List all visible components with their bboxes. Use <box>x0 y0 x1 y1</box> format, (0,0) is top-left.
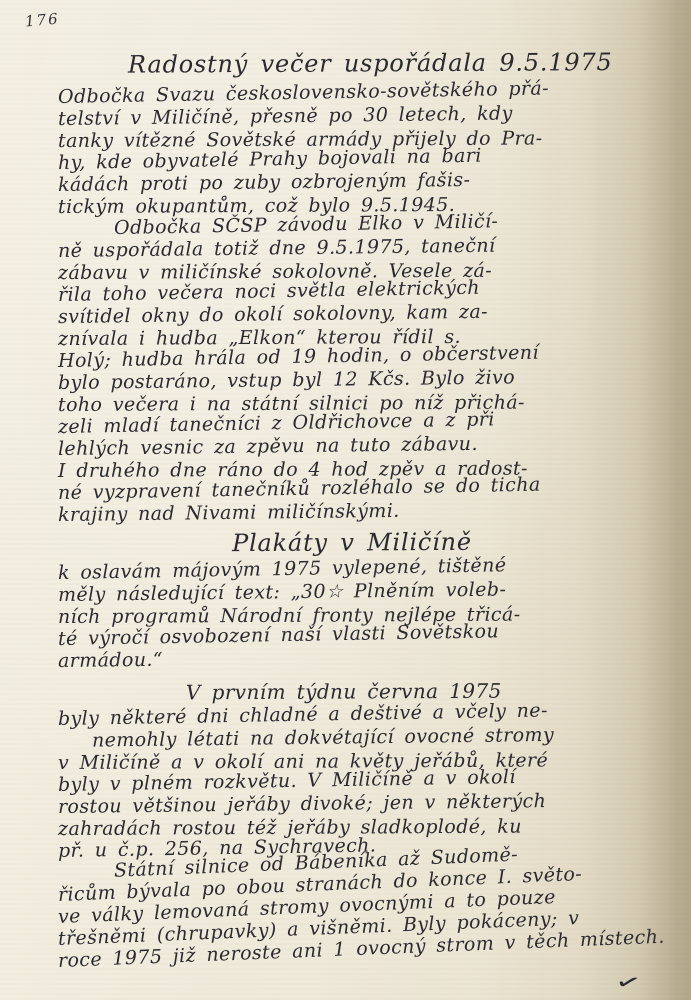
page-edge-shadow <box>639 0 691 1000</box>
handwriting-content: Radostný večer uspořádala 9.5.1975Odbočk… <box>58 48 646 972</box>
page-number: 176 <box>24 10 60 31</box>
checkmark-annotation: ✓ <box>613 968 644 996</box>
chronicle-page: 176 Radostný večer uspořádala 9.5.1975Od… <box>0 0 691 1000</box>
